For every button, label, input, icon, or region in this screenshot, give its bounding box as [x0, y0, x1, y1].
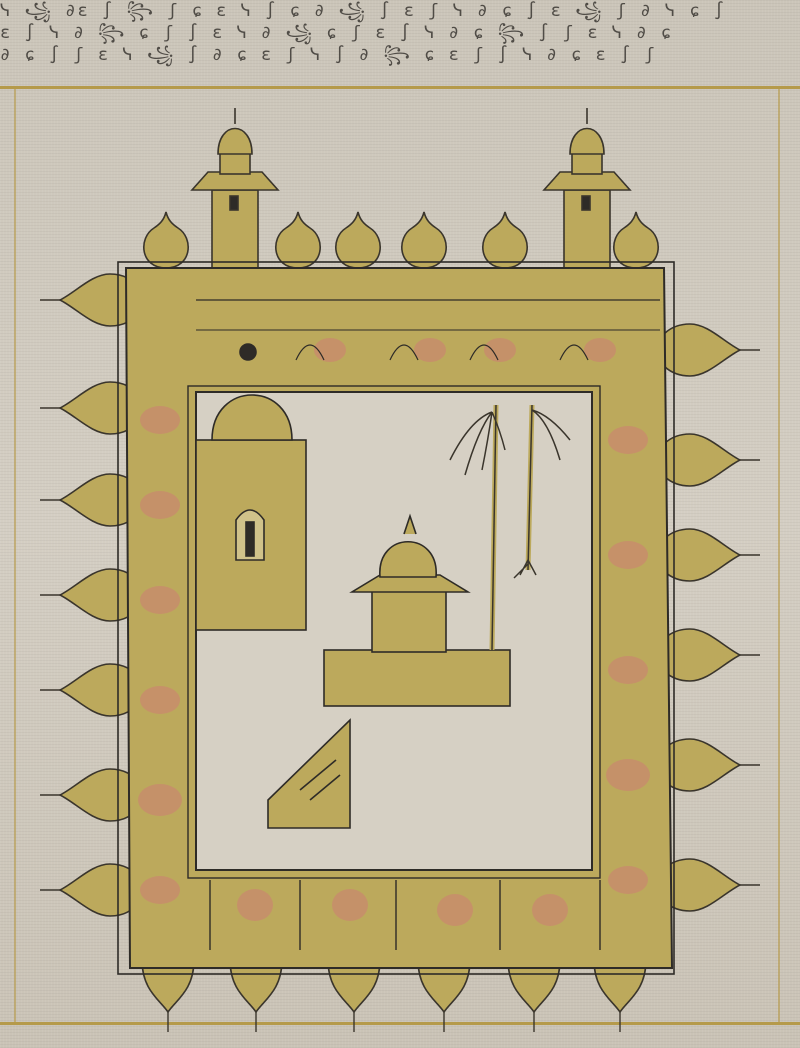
sanctuary-plan: [0, 0, 800, 1048]
left-minaret: [192, 108, 278, 270]
right-side-domes: [656, 324, 760, 911]
manuscript-illustration: ᓭ ꧁ ∂ɛ ∫ ꧂ ʃ ɕ ɛ ᓭ ∫ ɕ ∂ ꧁ ∫ ɛ ʃ ᓭ ∂ ɕ ∫…: [0, 0, 800, 1048]
bottom-domes: [142, 960, 646, 1032]
